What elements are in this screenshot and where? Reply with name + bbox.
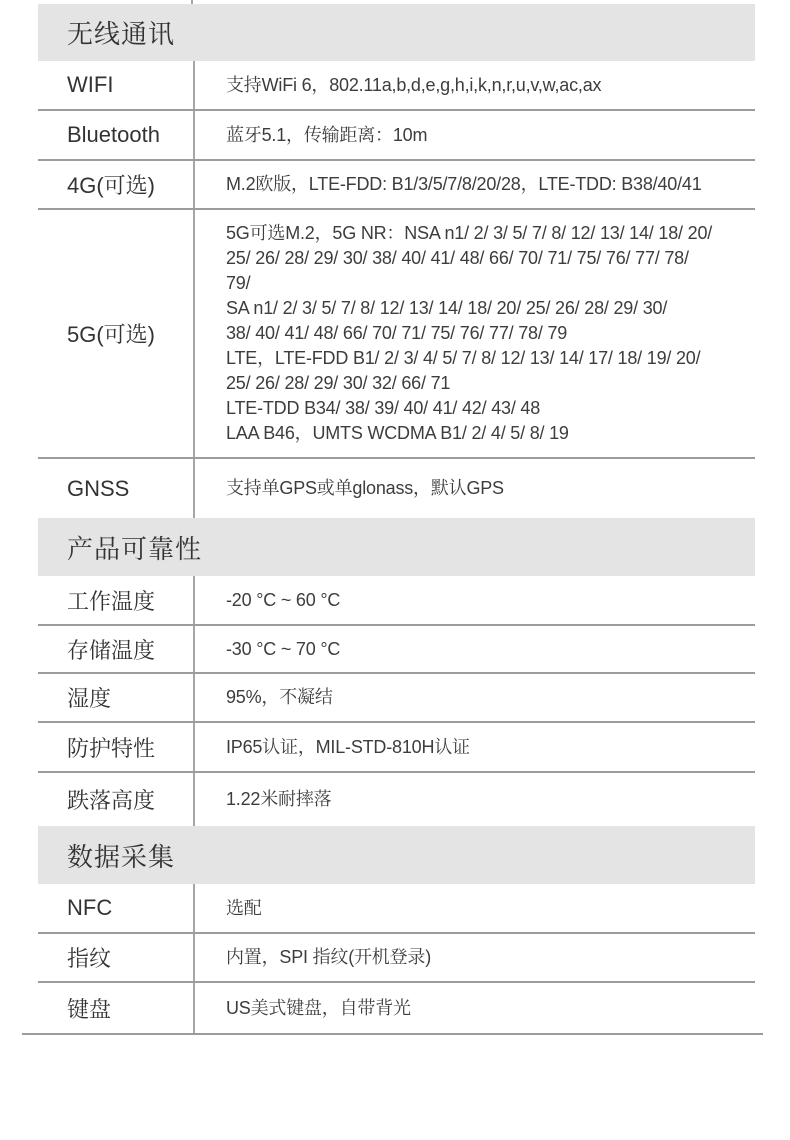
spec-label: 跌落高度	[38, 773, 193, 826]
spec-row-fingerprint: 指纹 内置，SPI 指纹(开机登录)	[38, 934, 755, 983]
spec-value: 蓝牙5.1，传输距离：10m	[226, 123, 427, 148]
section-header-data-capture: 数据采集	[38, 826, 755, 884]
spec-row-bluetooth: Bluetooth 蓝牙5.1，传输距离：10m	[38, 111, 755, 161]
spec-row-4g: 4G(可选) M.2欧版，LTE-FDD: B1/3/5/7/8/20/28，L…	[38, 161, 755, 210]
spec-row-wifi: WIFI 支持WiFi 6，802.11a,b,d,e,g,h,i,k,n,r,…	[38, 61, 755, 111]
spec-value-cell: M.2欧版，LTE-FDD: B1/3/5/7/8/20/28，LTE-TDD:…	[193, 161, 755, 208]
spec-value-cell: IP65认证，MIL-STD-810H认证	[193, 723, 755, 771]
spec-value-cell: 内置，SPI 指纹(开机登录)	[193, 934, 755, 981]
spec-value: -20 °C ~ 60 °C	[226, 588, 340, 613]
spec-row-nfc: NFC 选配	[38, 884, 755, 934]
spec-row-5g: 5G(可选) 5G可选M.2，5G NR：NSA n1/ 2/ 3/ 5/ 7/…	[38, 210, 755, 459]
section-header-reliability: 产品可靠性	[38, 518, 755, 576]
spec-value-cell: US美式键盘，自带背光	[193, 983, 755, 1033]
spec-value: 5G可选M.2，5G NR：NSA n1/ 2/ 3/ 5/ 7/ 8/ 12/…	[226, 221, 712, 446]
spec-label: 工作温度	[38, 576, 193, 624]
spec-label: NFC	[38, 884, 193, 932]
spec-row-drop-height: 跌落高度 1.22米耐摔落	[38, 773, 755, 826]
section-title: 产品可靠性	[67, 529, 202, 566]
spec-value: 选配	[226, 896, 262, 921]
spec-sheet-page: 无线通讯 WIFI 支持WiFi 6，802.11a,b,d,e,g,h,i,k…	[0, 0, 790, 1140]
spec-row-humidity: 湿度 95%，不凝结	[38, 674, 755, 723]
spec-value-cell: 95%，不凝结	[193, 674, 755, 721]
section-header-wireless: 无线通讯	[38, 4, 755, 61]
spec-value: 支持单GPS或单glonass，默认GPS	[226, 476, 504, 501]
spec-row-operating-temp: 工作温度 -20 °C ~ 60 °C	[38, 576, 755, 626]
spec-value-cell: -20 °C ~ 60 °C	[193, 576, 755, 624]
spec-label: 存储温度	[38, 626, 193, 672]
spec-value: 1.22米耐摔落	[226, 787, 331, 812]
spec-row-storage-temp: 存储温度 -30 °C ~ 70 °C	[38, 626, 755, 674]
spec-value: M.2欧版，LTE-FDD: B1/3/5/7/8/20/28，LTE-TDD:…	[226, 172, 702, 197]
spec-table: 无线通讯 WIFI 支持WiFi 6，802.11a,b,d,e,g,h,i,k…	[38, 4, 755, 1035]
spec-label: WIFI	[38, 61, 193, 109]
spec-label: GNSS	[38, 459, 193, 518]
table-bottom-border	[22, 1033, 763, 1035]
spec-value-cell: 蓝牙5.1，传输距离：10m	[193, 111, 755, 159]
section-title: 数据采集	[67, 837, 175, 874]
spec-value-cell: 5G可选M.2，5G NR：NSA n1/ 2/ 3/ 5/ 7/ 8/ 12/…	[193, 210, 755, 457]
spec-value-cell: 选配	[193, 884, 755, 932]
spec-row-gnss: GNSS 支持单GPS或单glonass，默认GPS	[38, 459, 755, 518]
section-title: 无线通讯	[67, 14, 175, 51]
spec-row-keyboard: 键盘 US美式键盘，自带背光	[38, 983, 755, 1033]
spec-value: 95%，不凝结	[226, 685, 333, 710]
spec-value: -30 °C ~ 70 °C	[226, 637, 340, 662]
spec-label: Bluetooth	[38, 111, 193, 159]
spec-value: US美式键盘，自带背光	[226, 996, 411, 1021]
spec-value: 支持WiFi 6，802.11a,b,d,e,g,h,i,k,n,r,u,v,w…	[226, 73, 601, 98]
spec-label: 指纹	[38, 934, 193, 981]
spec-row-protection: 防护特性 IP65认证，MIL-STD-810H认证	[38, 723, 755, 773]
spec-value-cell: 支持WiFi 6，802.11a,b,d,e,g,h,i,k,n,r,u,v,w…	[193, 61, 755, 109]
spec-value-cell: 支持单GPS或单glonass，默认GPS	[193, 459, 755, 518]
spec-label: 5G(可选)	[38, 210, 193, 457]
spec-value: IP65认证，MIL-STD-810H认证	[226, 735, 470, 760]
spec-label: 防护特性	[38, 723, 193, 771]
spec-label: 4G(可选)	[38, 161, 193, 208]
spec-value-cell: -30 °C ~ 70 °C	[193, 626, 755, 672]
spec-label: 湿度	[38, 674, 193, 721]
spec-value: 内置，SPI 指纹(开机登录)	[226, 945, 431, 970]
spec-value-cell: 1.22米耐摔落	[193, 773, 755, 826]
spec-label: 键盘	[38, 983, 193, 1033]
